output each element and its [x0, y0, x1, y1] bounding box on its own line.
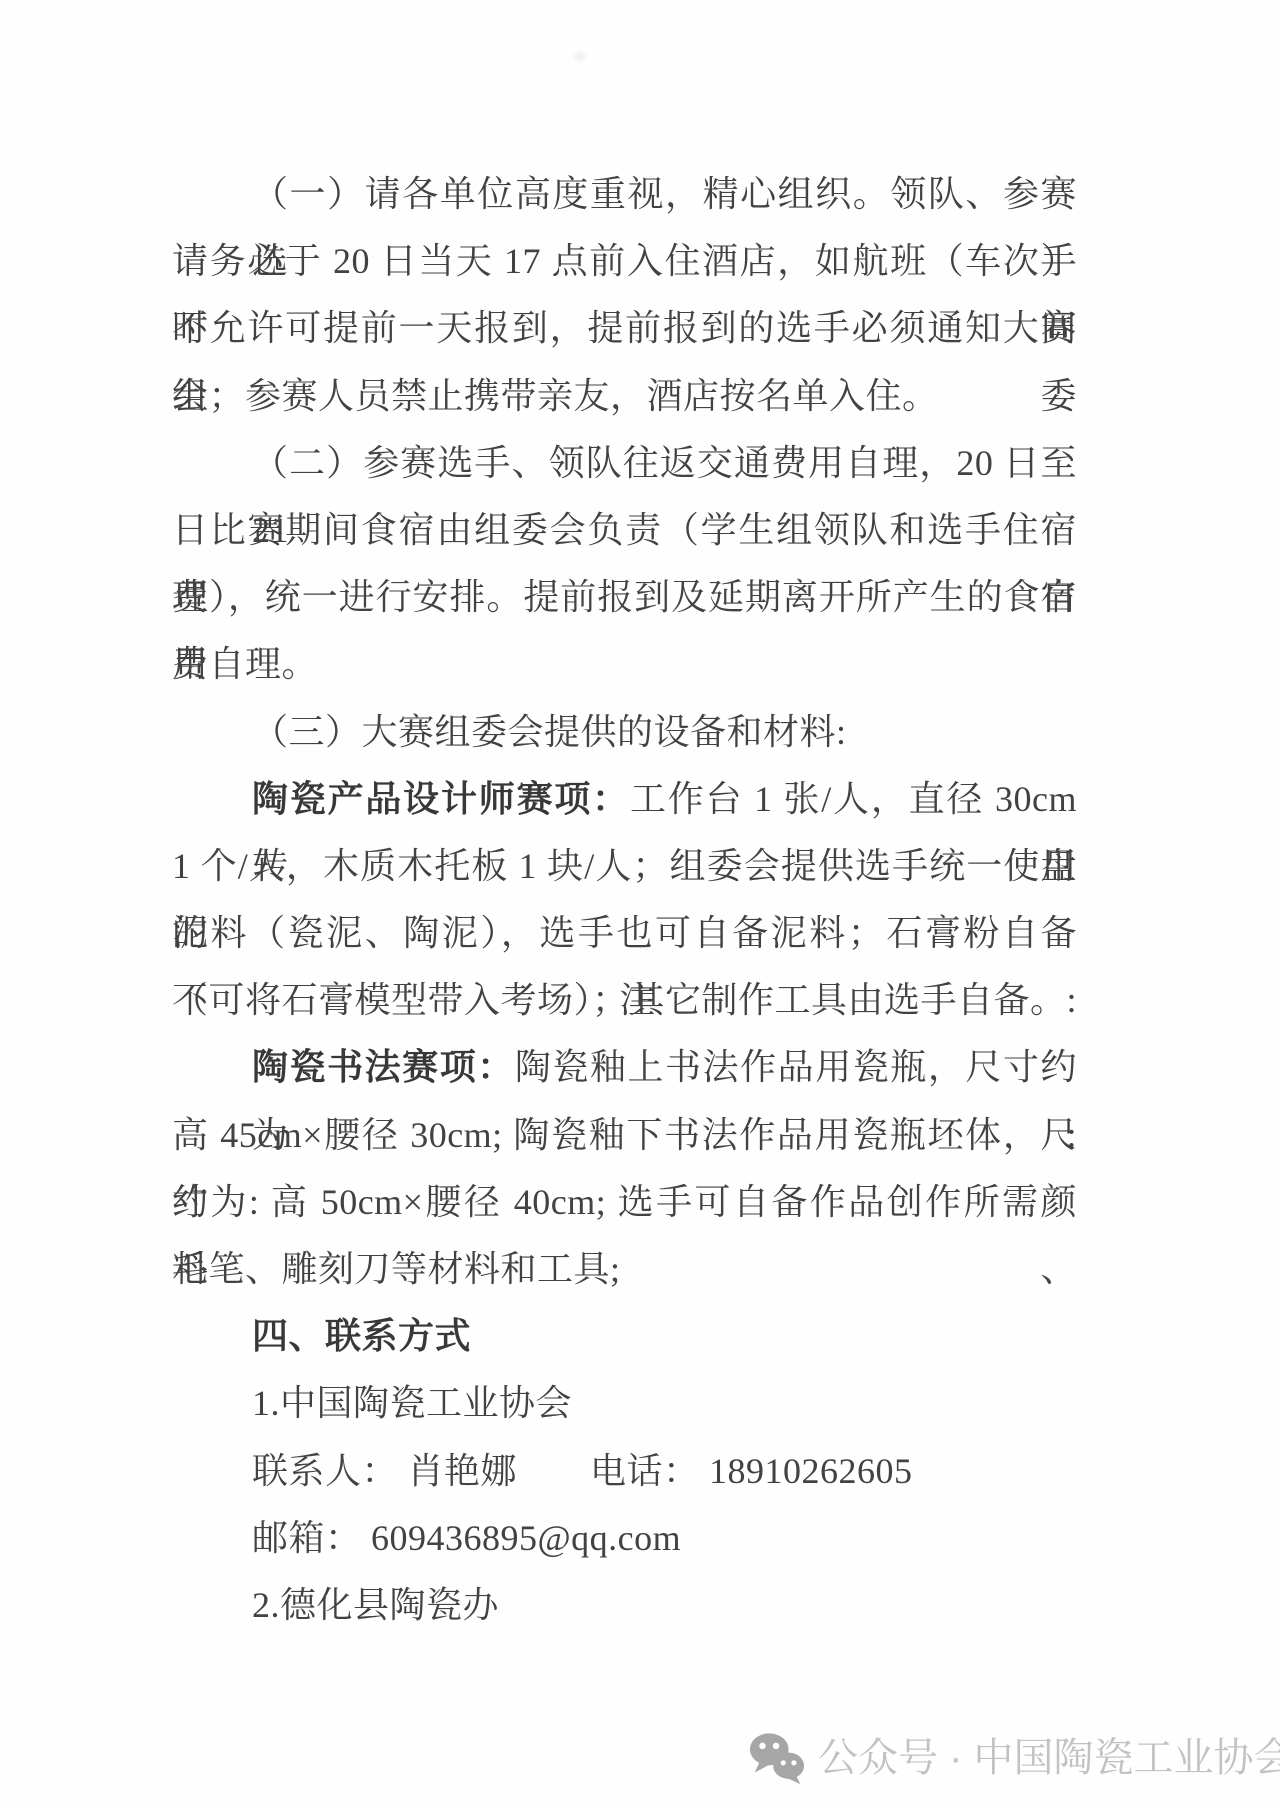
wechat-watermark: 公众号 · 中国陶瓷工业协会 [748, 1729, 1280, 1787]
text-segment: （三）大赛组委会提供的设备和材料: [252, 712, 847, 752]
document-page: （一）请各单位高度重视，精心组织。领队、参赛选手请务必于 20 日当天 17 点… [0, 0, 1280, 1810]
text-segment: 四、联系方式 [252, 1316, 471, 1356]
text-line: 泥料（瓷泥、陶泥），选手也可自备泥料；石膏粉自备（注: [172, 900, 1077, 967]
text-segment: 用自理。 [172, 644, 318, 684]
text-line: 不允许可提前一天报到，提前报到的选手必须通知大赛组委 [172, 295, 1077, 362]
text-segment: 联系人： 肖艳娜 电话： 18910262605 [252, 1451, 913, 1491]
text-line: 约为: 高 50cm×腰径 40cm; 选手可自备作品创作所需颜料、 [172, 1169, 1077, 1236]
text-line: 日比赛期间食宿由组委会负责（学生组领队和选手住宿费自 [172, 497, 1077, 564]
text-segment: 毛笔、雕刻刀等材料和工具; [172, 1249, 621, 1289]
text-line: 高 45cm×腰径 30cm; 陶瓷釉下书法作品用瓷瓶坯体，尺寸 [172, 1102, 1077, 1169]
text-line: （三）大赛组委会提供的设备和材料: [172, 699, 1077, 766]
text-line: 联系人： 肖艳娜 电话： 18910262605 [172, 1438, 1077, 1505]
text-body: （一）请各单位高度重视，精心组织。领队、参赛选手请务必于 20 日当天 17 点… [172, 161, 1077, 1639]
text-line: （二）参赛选手、领队往返交通费用自理，20 日至 21 [172, 430, 1077, 497]
text-line: 陶瓷产品设计师赛项：工作台 1 张/人，直径 30cm 转盘 [172, 766, 1077, 833]
text-line: 2.德化县陶瓷办 [172, 1572, 1077, 1639]
text-segment: 会；参赛人员禁止携带亲友，酒店按名单入住。 [172, 376, 939, 416]
text-line: 1.中国陶瓷工业协会 [172, 1370, 1077, 1437]
text-line: 四、联系方式 [172, 1303, 1077, 1370]
text-line: 陶瓷书法赛项：陶瓷釉上书法作品用瓷瓶，尺寸约为: [172, 1034, 1077, 1101]
text-line: 1 个/人，木质木托板 1 块/人；组委会提供选手统一使用的 [172, 833, 1077, 900]
text-line: 理），统一进行安排。提前报到及延期离开所产生的食宿费 [172, 564, 1077, 631]
text-segment: 2.德化县陶瓷办 [252, 1585, 499, 1625]
text-line: （一）请各单位高度重视，精心组织。领队、参赛选手 [172, 161, 1077, 228]
text-segment: 陶瓷产品设计师赛项： [252, 779, 630, 819]
wechat-watermark-label: 公众号 · 中国陶瓷工业协会 [818, 1729, 1280, 1787]
text-segment: 1.中国陶瓷工业协会 [252, 1383, 572, 1423]
scan-artifact [575, 52, 585, 61]
wechat-icon [748, 1731, 806, 1785]
text-line: 用自理。 [172, 631, 1077, 698]
text-segment: 邮箱： 609436895@qq.com [252, 1518, 681, 1558]
text-line: 请务必于 20 日当天 17 点前入住酒店，如航班（车次）时间 [172, 228, 1077, 295]
text-segment: 不可将石膏模型带入考场）；其它制作工具由选手自备。 [172, 980, 1067, 1020]
text-line: 邮箱： 609436895@qq.com [172, 1505, 1077, 1572]
text-segment: 陶瓷书法赛项： [252, 1047, 515, 1087]
text-line: 不可将石膏模型带入考场）；其它制作工具由选手自备。 [172, 967, 1077, 1034]
